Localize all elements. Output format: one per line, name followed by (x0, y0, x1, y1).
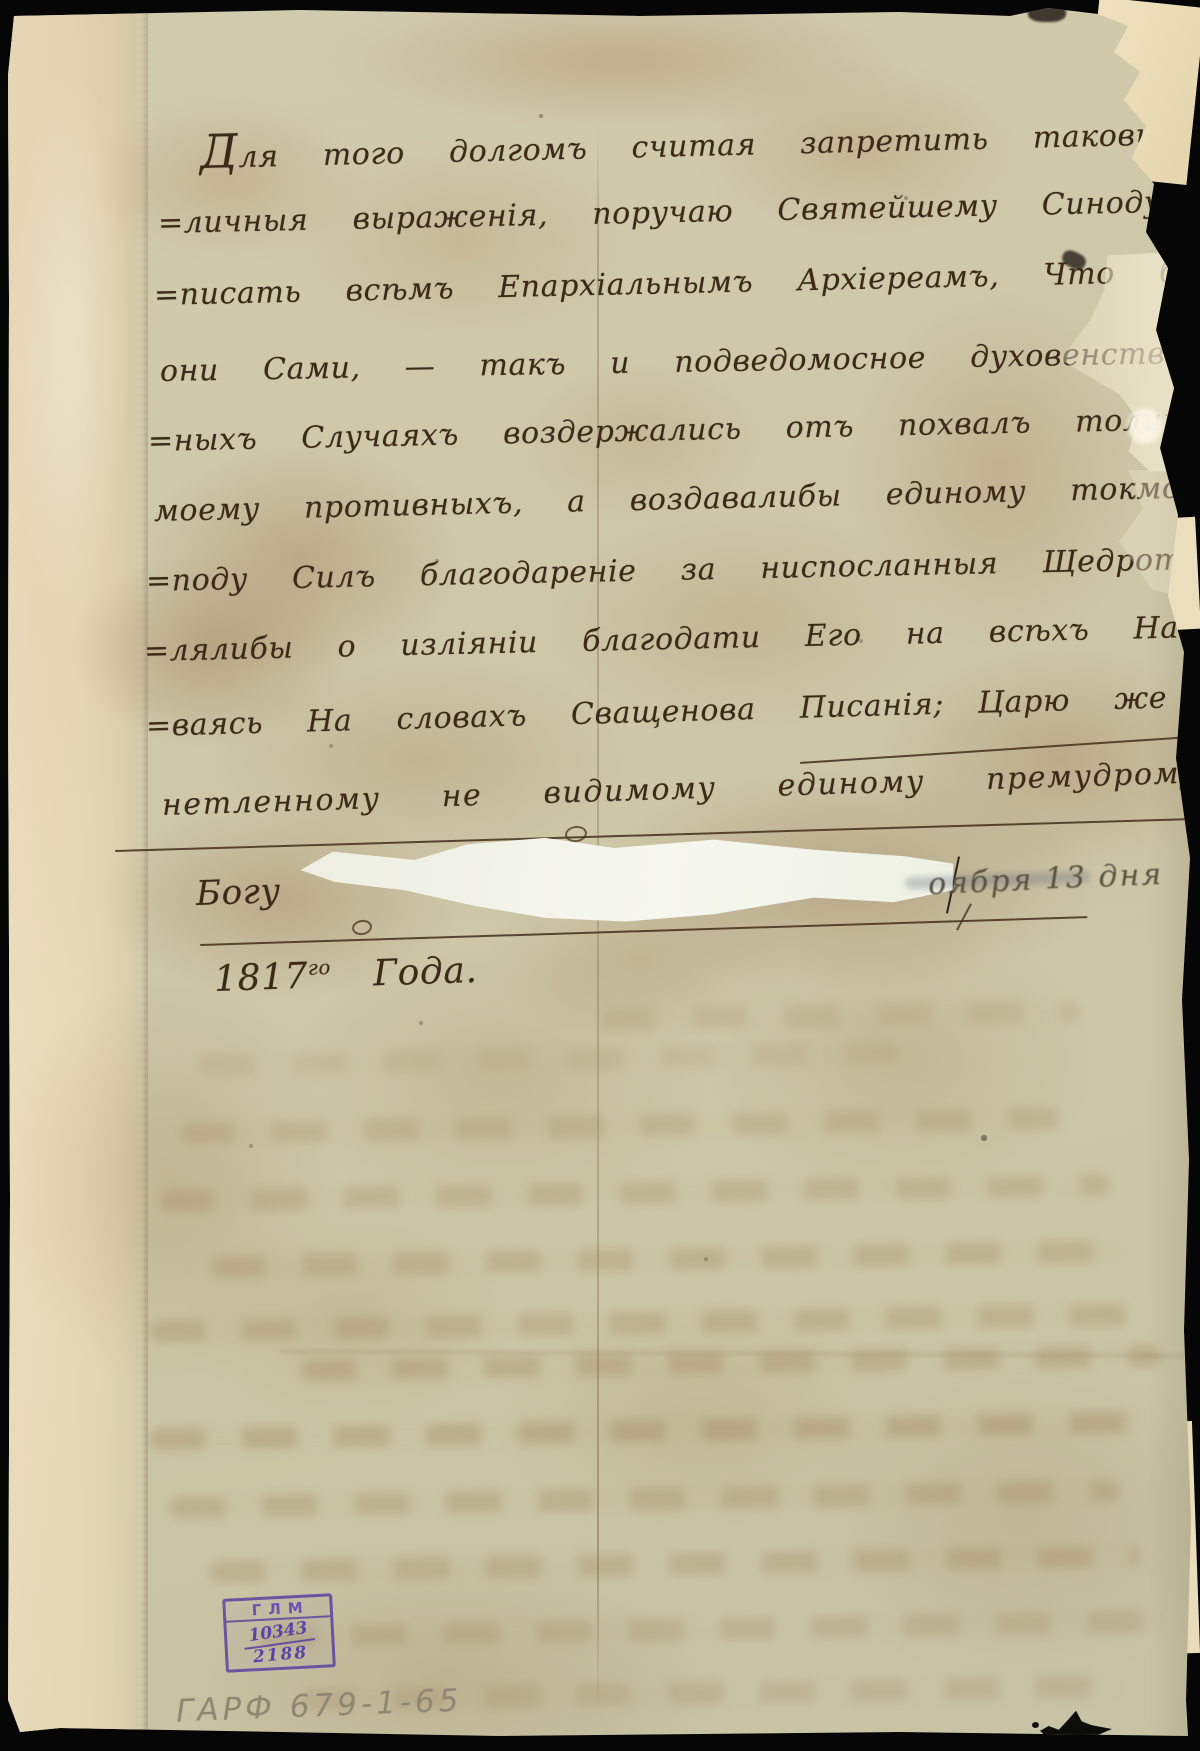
bleedthrough-row (260, 1610, 1160, 1648)
manuscript-line-10: нетленному не видимому единому премудром… (161, 751, 1199, 828)
ink-blot-dot (1032, 1722, 1039, 1728)
bleedthrough-row (170, 1480, 1120, 1519)
line-9-plain-text: =ваясь На словахъ Сващенова Писанія; (145, 687, 944, 744)
underline-flourish-loop (351, 918, 373, 936)
manuscript-line-7: =поду Силъ благодареніе за ниспосланныя … (146, 533, 1200, 604)
document-scan: Для того долгомъ считая запретить таковы… (0, 0, 1200, 1751)
manuscript-line-3: =писать всѣмъ Епархіальнымъ Архіереамъ, … (154, 247, 1200, 318)
bleedthrough-row (200, 1042, 900, 1076)
bleedthrough-row (210, 1545, 1140, 1583)
underline-flourish-loop (564, 825, 588, 844)
bleedthrough-row (150, 1303, 1130, 1342)
stamp-numbers: 10343 2188 (226, 1616, 334, 1671)
line-11-left-word: Богу (195, 869, 281, 916)
foxing-specks (0, 0, 2, 2)
year-ordinal-suffix: го (307, 956, 331, 980)
bleedthrough-row (160, 1174, 1110, 1213)
date-fragment: оября 13 дня (927, 857, 1163, 902)
manuscript-line-9: =ваясь На словахъ Сващенова Писанія;Царю… (145, 672, 1200, 749)
manuscript-line-4: они Сами, — такъ и подведомосное духовен… (160, 328, 1200, 394)
bleedthrough-row (180, 1107, 1060, 1144)
manuscript-line-5: =ныхъ Случаяхъ воздержались отъ похвалъ … (148, 395, 1200, 464)
underline-line-11 (200, 916, 1088, 946)
bleedthrough-row (600, 1001, 1080, 1031)
paper-crack (956, 903, 972, 930)
manuscript-page: Для того долгомъ считая запретить таковы… (0, 0, 1200, 1751)
bleedthrough-row (150, 1411, 1140, 1450)
manuscript-line-6: моему противныхъ, а воздавалибы единому … (154, 464, 1200, 534)
white-repair-patch (295, 836, 960, 928)
tape-highlight (1128, 408, 1162, 444)
year-word: Года. (372, 950, 478, 995)
bleedthrough-row (210, 1240, 1130, 1278)
ink-blot (1040, 1710, 1112, 1748)
line-9-underlined-text: Царю же вековъ (977, 676, 1200, 721)
manuscript-line-12: 1817го Года. (213, 941, 478, 1002)
manuscript-line-2: =личныя выраженія, поручаю Святейшему Си… (158, 178, 1200, 246)
glm-museum-stamp: ГЛМ 10343 2188 (222, 1593, 336, 1673)
manuscript-line-1: Для того долгомъ считая запретить таковы… (199, 102, 1200, 181)
manuscript-line-8: =лялибы о изліяніи благодати Его на всѣх… (144, 601, 1200, 674)
binding-strip-sheen (10, 60, 130, 620)
archival-pencil-note: ГАРФ 679-1-65 (175, 1683, 463, 1730)
year-text: 1817 (213, 956, 308, 1000)
ink-mark-top-edge (1028, 4, 1066, 22)
